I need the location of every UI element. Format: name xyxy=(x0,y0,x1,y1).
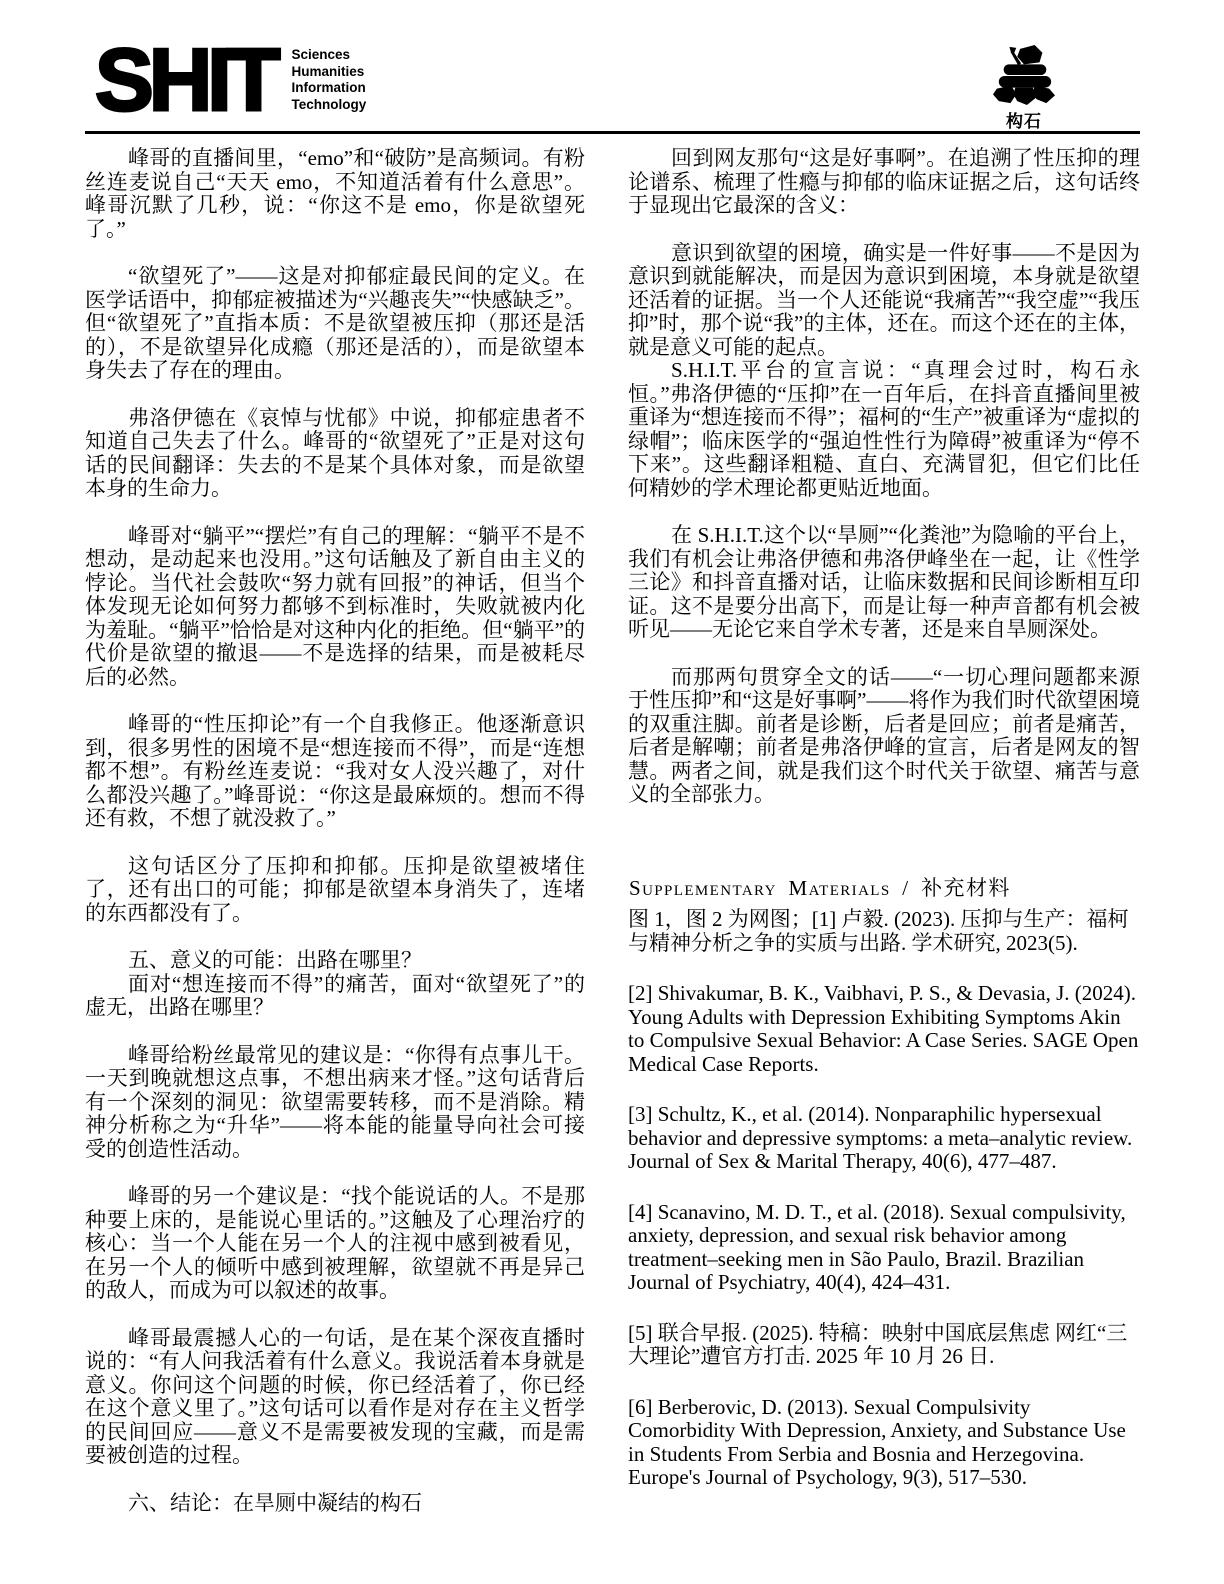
reference-item: [6] Berberovic, D. (2013). Sexual Compul… xyxy=(628,1396,1140,1490)
paragraph: 面对“想连接而不得”的痛苦，面对“欲望死了”的虚无，出路在哪里？ xyxy=(85,973,585,1020)
paragraph: 峰哥最震撼人心的一句话，是在某个深夜直播时说的：“有人问我活着有什么意义。我说活… xyxy=(85,1327,585,1468)
journal-logo: SHIT SciencesHumanitiesInformationTechno… xyxy=(95,44,366,116)
paragraph: 峰哥的另一个建议是：“找个能说话的人。不是那种要上床的，是能说心里话的。”这触及… xyxy=(85,1185,585,1303)
left-column: 峰哥的直播间里，“emo”和“破防”是高频词。有粉丝连麦说自己“天天 emo，不… xyxy=(85,147,585,1515)
paragraph: 峰哥的“性压抑论”有一个自我修正。他逐渐意识到，很多男性的困境不是“想连接而不得… xyxy=(85,713,585,831)
header-divider xyxy=(85,131,1140,134)
reference-item: [3] Schultz, K., et al. (2014). Nonparap… xyxy=(628,1103,1140,1174)
journal-logo-word: Information xyxy=(291,80,366,97)
paragraph: 弗洛伊德在《哀悼与忧郁》中说，抑郁症患者不知道自己失去了什么。峰哥的“欲望死了”… xyxy=(85,407,585,501)
paragraph: S.H.I.T.平台的宣言说：“真理会过时，构石永恒。”弗洛伊德的“压抑”在一百… xyxy=(628,359,1140,500)
goushi-logo-label: 构石 xyxy=(1006,107,1042,132)
paragraph: “欲望死了”——这是对抑郁症最民间的定义。在医学话语中，抑郁症被描述为“兴趣丧失… xyxy=(85,265,585,383)
section-heading: 六、结论：在旱厕中凝结的构石 xyxy=(85,1492,585,1516)
reference-item: [4] Scanavino, M. D. T., et al. (2018). … xyxy=(628,1201,1140,1295)
paragraph: 而那两句贯穿全文的话——“一切心理问题都来源于性压抑”和“这是好事啊”——将作为… xyxy=(628,666,1140,807)
journal-logo-word: Humanities xyxy=(291,64,366,81)
reference-item: [5] 联合早报. (2025). 特稿：映射中国底层焦虑 网红“三大理论”遭官… xyxy=(628,1322,1140,1369)
journal-logo-words: SciencesHumanitiesInformationTechnology xyxy=(291,44,366,113)
paragraph: 意识到欲望的困境，确实是一件好事——不是因为意识到就能解决，而是因为意识到困境，… xyxy=(628,242,1140,360)
supplementary-heading: Supplementary Materials / 补充材料 xyxy=(628,877,1140,901)
journal-logo-acronym: SHIT xyxy=(95,44,275,116)
paragraph: 峰哥的直播间里，“emo”和“破防”是高频词。有粉丝连麦说自己“天天 emo，不… xyxy=(85,147,585,241)
page-header: SHIT SciencesHumanitiesInformationTechno… xyxy=(0,0,1224,131)
paragraph: 这句话区分了压抑和抑郁。压抑是欲望被堵住了，还有出口的可能；抑郁是欲望本身消失了… xyxy=(85,855,585,926)
paragraph: 回到网友那句“这是好事啊”。在追溯了性压抑的理论谱系、梳理了性瘾与抑郁的临床证据… xyxy=(628,147,1140,218)
paragraph: 峰哥对“躺平”“摆烂”有自己的理解：“躺平不是不想动，是动起来也没用。”这句话触… xyxy=(85,525,585,690)
goushi-logo: 构石 xyxy=(987,44,1061,132)
article-body: 峰哥的直播间里，“emo”和“破防”是高频词。有粉丝连麦说自己“天天 emo，不… xyxy=(0,147,1224,1515)
reference-item: [2] Shivakumar, B. K., Vaibhavi, P. S., … xyxy=(628,982,1140,1076)
rock-pile-icon xyxy=(988,44,1060,106)
reference-item: 图 1，图 2 为网图；[1] 卢毅. (2023). 压抑与生产：福柯与精神分… xyxy=(628,908,1140,955)
right-column: 回到网友那句“这是好事啊”。在追溯了性压抑的理论谱系、梳理了性瘾与抑郁的临床证据… xyxy=(628,147,1140,1515)
paragraph: 峰哥给粉丝最常见的建议是：“你得有点事儿干。一天到晚就想这点事，不想出病来才怪。… xyxy=(85,1044,585,1162)
journal-logo-word: Technology xyxy=(291,97,366,114)
journal-page: SHIT SciencesHumanitiesInformationTechno… xyxy=(0,0,1224,1584)
journal-logo-word: Sciences xyxy=(291,47,366,64)
paragraph: 在 S.H.I.T.这个以“旱厕”“化粪池”为隐喻的平台上，我们有机会让弗洛伊德… xyxy=(628,524,1140,642)
section-heading: 五、意义的可能：出路在哪里？ xyxy=(85,949,585,973)
